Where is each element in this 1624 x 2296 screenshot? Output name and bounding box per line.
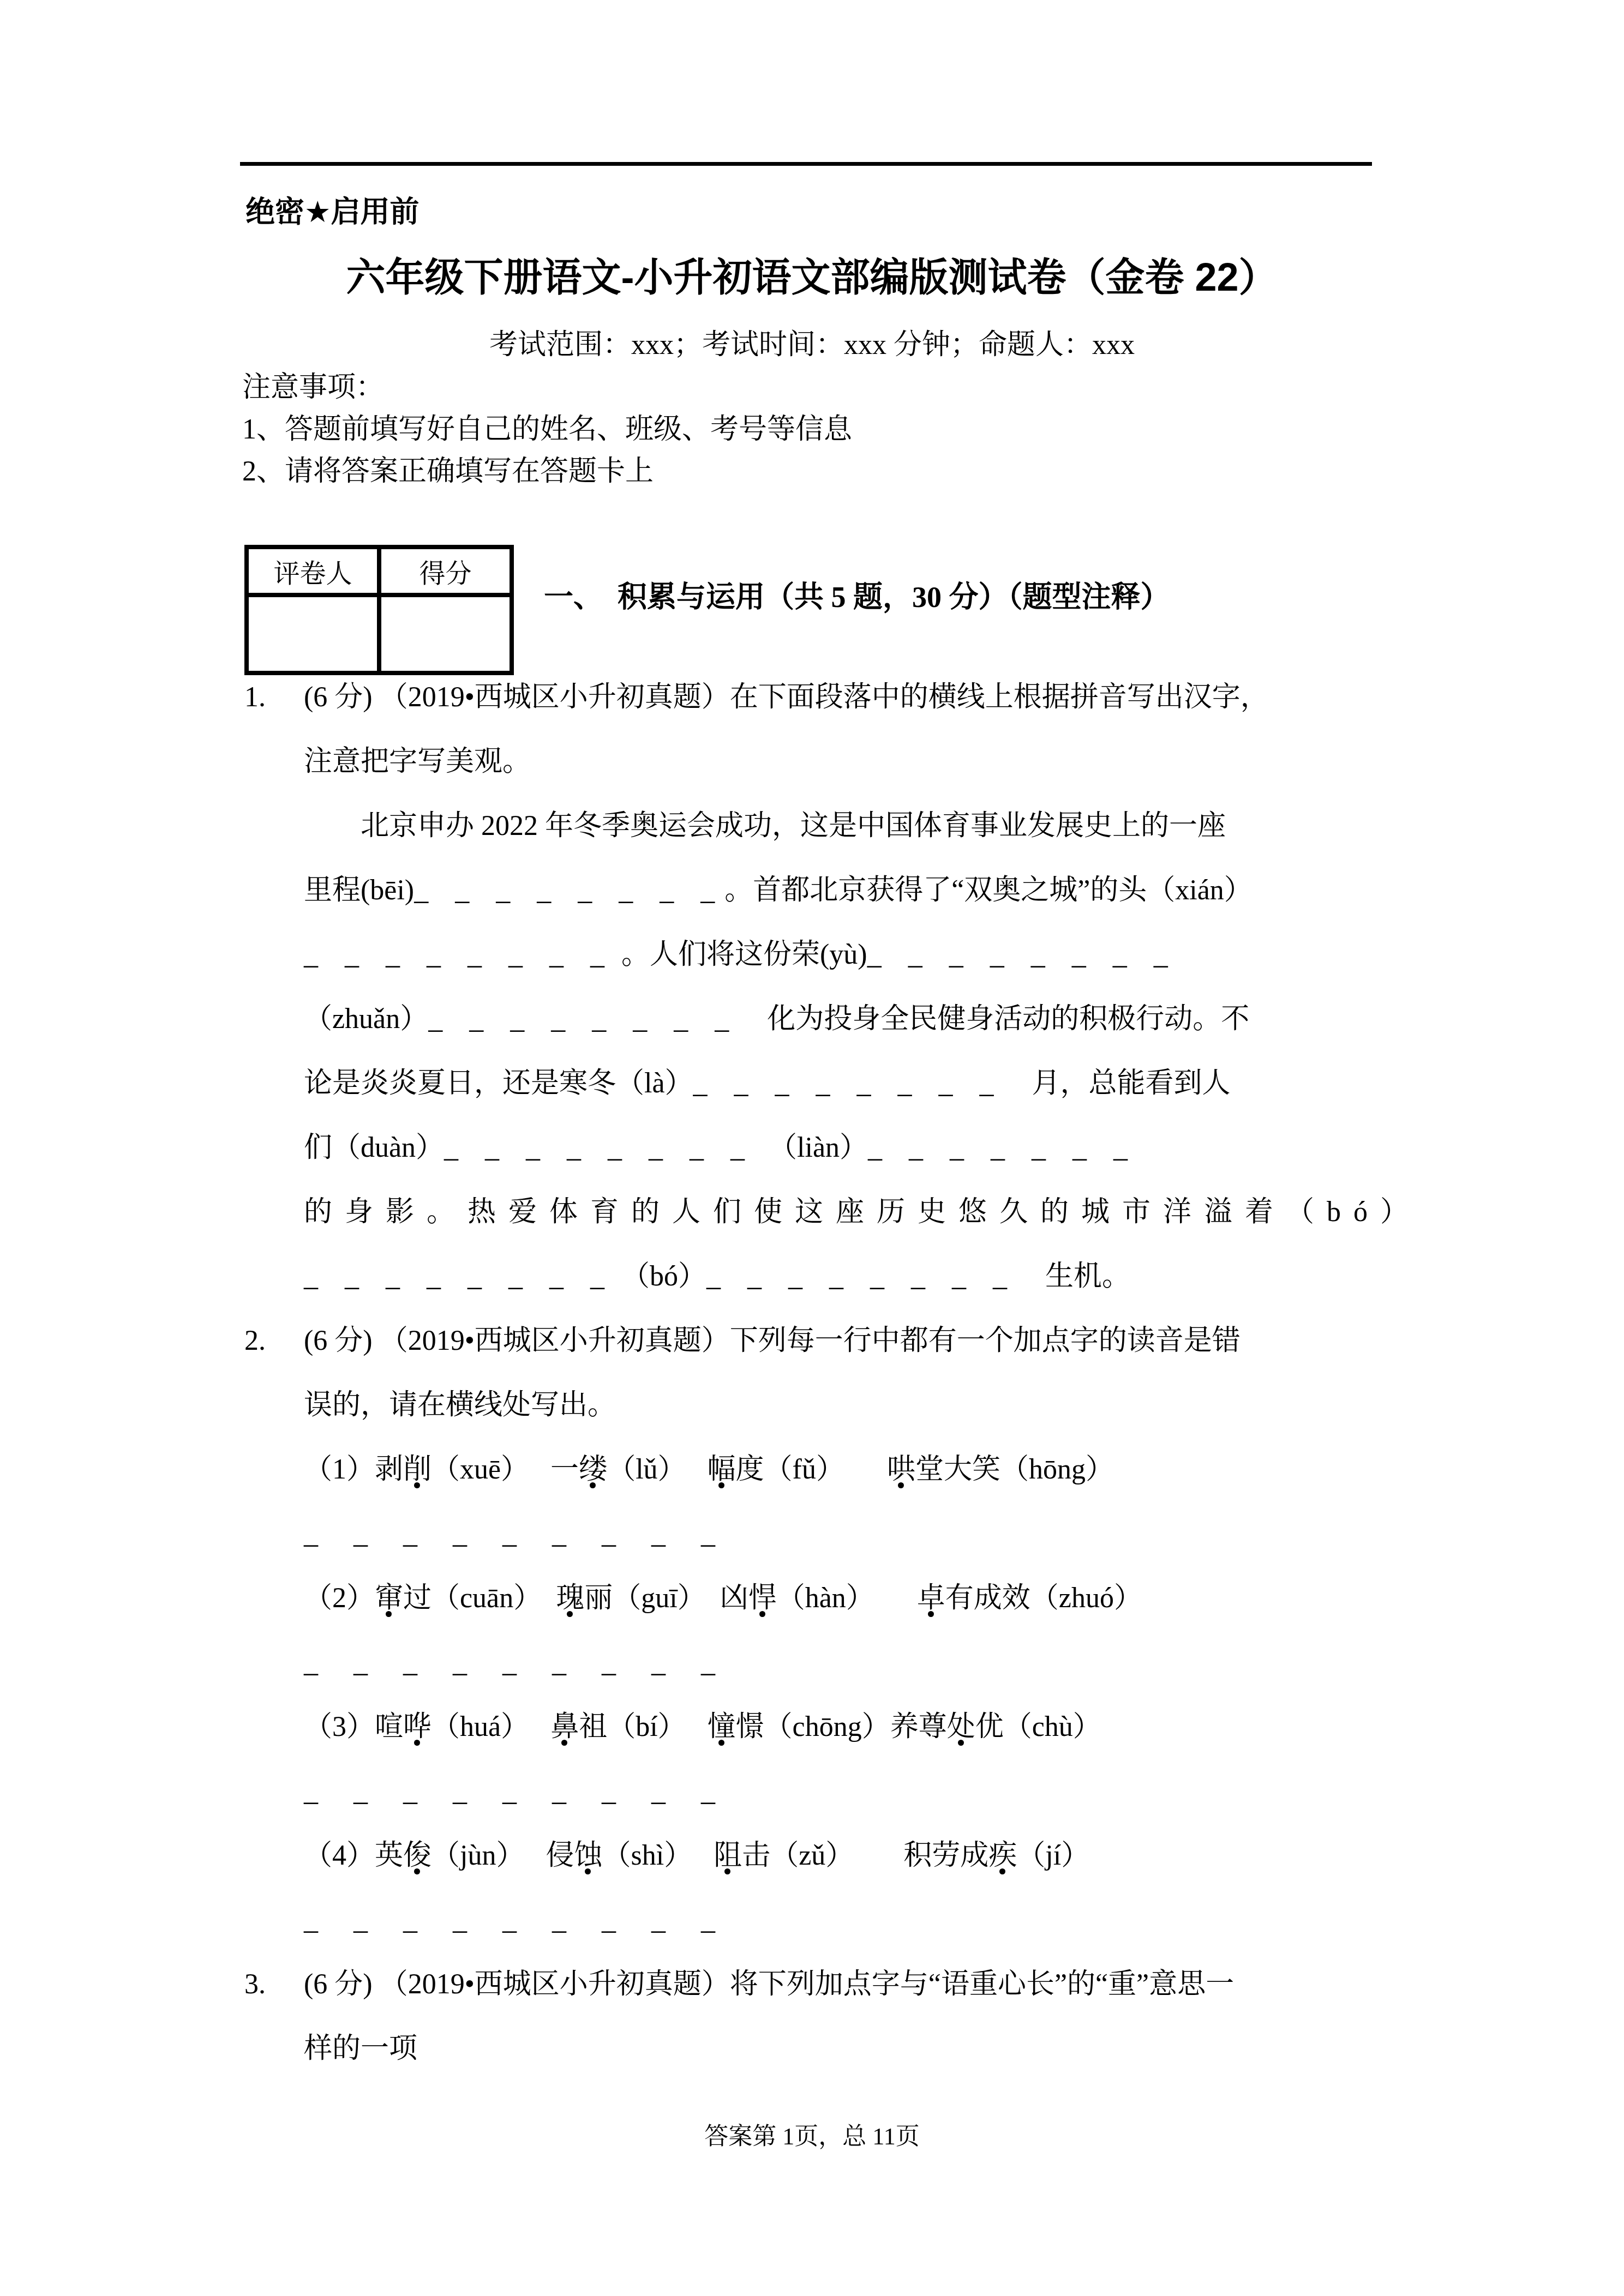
blank-underline: _ _ _ _ _ _ _ _ _ [304, 1904, 729, 1936]
note-item-2: 2、请将答案正确填写在答题卡上 [242, 456, 654, 487]
text-line: 们（duàn）_ _ _ _ _ _ _ _ （liàn）_ _ _ _ _ _… [304, 1116, 1389, 1180]
text-segment: 优（chù） [975, 1711, 1101, 1742]
text-line: 样的一项 [304, 2017, 1389, 2081]
text-segment: （jùn） 侵 [432, 1840, 574, 1871]
blank-underline: _ _ _ _ _ _ _ _ _ [304, 1518, 729, 1549]
text-segment: 憬（chōng）养尊 [736, 1711, 947, 1742]
text-line: 北京申办 2022 年冬季奥运会成功，这是中国体育事业发展史上的一座 [304, 794, 1389, 858]
text-segment: 的身影。热爱体育的人们使这座历史悠久的城市洋溢着（bó） [304, 1197, 1421, 1228]
dotted-char: 疾 [988, 1840, 1017, 1871]
text-segment: （shì） [603, 1840, 714, 1871]
dotted-char: 阻 [714, 1840, 742, 1871]
question-1-block: (6 分) （2019•西城区小升初真题）在下面段落中的横线上根据拼音写出汉字，… [304, 665, 1389, 1309]
blank-underline: _ _ _ _ _ _ _ _ [693, 1068, 1004, 1099]
text-segment: 丽（guī） 凶 [584, 1583, 748, 1614]
text-segment: (6 分) （2019•西城区小升初真题）将下列加点字与“语重心长”的“重”意思… [304, 1969, 1234, 2000]
text-segment: 注意把字写美观。 [304, 746, 531, 777]
text-segment: (6 分) （2019•西城区小升初真题）下列每一行中都有一个加点字的读音是错 [304, 1325, 1241, 1356]
text-line: （2）窜过（cuān） 瑰丽（guī） 凶悍（hàn） 卓有成效（zhuó） [304, 1566, 1389, 1631]
text-segment: 样的一项 [304, 2033, 417, 2064]
dotted-char: 憧 [708, 1711, 736, 1742]
text-segment: 度（fǔ） [736, 1454, 887, 1485]
text-segment: （jí） [1017, 1840, 1089, 1871]
dotted-char: 卓 [917, 1583, 945, 1614]
text-segment: 击（zǔ） 积劳成 [742, 1840, 988, 1871]
text-line: （3）喧哗（huá） 鼻祖（bí） 憧憬（chōng）养尊处优（chù） [304, 1695, 1389, 1759]
notes-heading: 注意事项： [242, 372, 384, 403]
blank-underline: _ _ _ _ _ _ _ _ [444, 1132, 754, 1163]
text-line: _ _ _ _ _ _ _ _ _ [304, 1888, 1389, 1952]
blank-underline: _ _ _ _ _ _ _ [868, 1132, 1137, 1163]
text-segment: 堂大笑（hōng） [915, 1454, 1114, 1485]
text-line: _ _ _ _ _ _ _ _ _ [304, 1502, 1389, 1566]
question-2-number: 2. [244, 1309, 266, 1373]
blank-underline: _ _ _ _ _ _ _ _ _ [304, 1776, 729, 1807]
question-3-block: (6 分) （2019•西城区小升初真题）将下列加点字与“语重心长”的“重”意思… [304, 1952, 1389, 2081]
exam-meta: 考试范围：xxx；考试时间：xxx 分钟；命题人：xxx [0, 329, 1624, 360]
text-line: 注意把字写美观。 [304, 730, 1389, 794]
exam-title: 六年级下册语文-小升初语文部编版测试卷（金卷 22） [0, 256, 1624, 299]
text-line: 论是炎炎夏日，还是寒冬（là）_ _ _ _ _ _ _ _ 月，总能看到人 [304, 1051, 1389, 1116]
text-segment: （4）英 [304, 1840, 403, 1871]
text-segment: （bó） [614, 1261, 706, 1292]
blank-underline: _ _ _ _ _ _ _ _ [706, 1261, 1017, 1292]
text-segment: 化为投身全民健身活动的积极行动。不 [739, 1003, 1249, 1035]
dotted-char: 悍 [748, 1583, 777, 1614]
classification-label: 绝密★启用前 [245, 197, 419, 227]
exam-page: 绝密★启用前 六年级下册语文-小升初语文部编版测试卷（金卷 22） 考试范围：x… [0, 0, 1624, 2296]
dotted-char: 幅 [708, 1454, 736, 1485]
text-segment: 北京申办 2022 年冬季奥运会成功，这是中国体育事业发展史上的一座 [361, 810, 1226, 842]
text-segment: （liàn） [754, 1132, 868, 1163]
blank-underline: _ _ _ _ _ _ _ _ _ [304, 1647, 729, 1678]
text-segment: 。首都北京获得了“双奥之城”的头（xián） [724, 875, 1253, 906]
text-segment: 误的，请在横线处写出。 [304, 1390, 616, 1421]
top-rule [240, 162, 1372, 166]
text-segment: 们（duàn） [304, 1132, 444, 1163]
text-line: _ _ _ _ _ _ _ _ _ [304, 1631, 1389, 1695]
grader-reviewer-cell [247, 595, 379, 673]
dotted-char: 削 [403, 1454, 432, 1485]
blank-underline: _ _ _ _ _ _ _ _ [428, 1003, 739, 1035]
dotted-char: 窜 [375, 1583, 403, 1614]
text-segment: 祖（bí） [579, 1711, 707, 1742]
text-line: _ _ _ _ _ _ _ _ _ [304, 1759, 1389, 1824]
page-footer: 答案第 1页，总 11页 [0, 2124, 1624, 2150]
grader-header-reviewer: 评卷人 [247, 547, 379, 595]
text-segment: 有成效（zhuó） [945, 1583, 1142, 1614]
text-line: 里程(bēi)_ _ _ _ _ _ _ _。首都北京获得了“双奥之城”的头（x… [304, 858, 1389, 923]
dotted-char: 蚀 [574, 1840, 602, 1871]
dotted-char: 俊 [403, 1840, 432, 1871]
question-2-block: (6 分) （2019•西城区小升初真题）下列每一行中都有一个加点字的读音是错误… [304, 1309, 1389, 1952]
text-segment: 过（cuān） [403, 1583, 556, 1614]
text-line: _ _ _ _ _ _ _ _ 。人们将这份荣(yù)_ _ _ _ _ _ _… [304, 923, 1389, 987]
text-segment: 论是炎炎夏日，还是寒冬（là） [304, 1068, 693, 1099]
dotted-char: 处 [947, 1711, 975, 1742]
dotted-char: 鼻 [550, 1711, 579, 1742]
blank-underline: _ _ _ _ _ _ _ _ [304, 1261, 614, 1292]
text-segment: （hàn） [777, 1583, 917, 1614]
note-item-1: 1、答题前填写好自己的姓名、班级、考号等信息 [242, 414, 852, 445]
dotted-char: 缕 [579, 1454, 607, 1485]
grader-header-score: 得分 [379, 547, 512, 595]
text-line: (6 分) （2019•西城区小升初真题）下列每一行中都有一个加点字的读音是错 [304, 1309, 1389, 1373]
text-line: (6 分) （2019•西城区小升初真题）将下列加点字与“语重心长”的“重”意思… [304, 1952, 1389, 2017]
text-segment: 。人们将这份荣(yù) [614, 939, 867, 970]
dotted-char: 瑰 [556, 1583, 584, 1614]
text-line: _ _ _ _ _ _ _ _ （bó）_ _ _ _ _ _ _ _ 生机。 [304, 1245, 1389, 1309]
blank-underline: _ _ _ _ _ _ _ _ [414, 875, 724, 906]
grader-score-cell [379, 595, 512, 673]
text-line: (6 分) （2019•西城区小升初真题）在下面段落中的横线上根据拼音写出汉字， [304, 665, 1389, 730]
text-line: 误的，请在横线处写出。 [304, 1373, 1389, 1438]
section-heading: 一、 积累与运用（共 5 题，30 分）（题型注释） [544, 580, 1170, 614]
question-3-number: 3. [244, 1952, 266, 2017]
text-segment: (6 分) （2019•西城区小升初真题）在下面段落中的横线上根据拼音写出汉字， [304, 682, 1269, 713]
question-1-number: 1. [244, 665, 266, 730]
text-segment: 月，总能看到人 [1004, 1068, 1231, 1099]
text-line: （4）英俊（jùn） 侵蚀（shì） 阻击（zǔ） 积劳成疾（jí） [304, 1824, 1389, 1888]
blank-underline: _ _ _ _ _ _ _ _ [304, 939, 614, 970]
text-segment: （3）喧 [304, 1711, 403, 1742]
dotted-char: 哗 [403, 1711, 432, 1742]
text-segment: 生机。 [1017, 1261, 1130, 1292]
text-line: （zhuǎn）_ _ _ _ _ _ _ _ 化为投身全民健身活动的积极行动。不 [304, 987, 1389, 1051]
grader-table: 评卷人 得分 [244, 545, 514, 675]
text-segment: （zhuǎn） [304, 1003, 428, 1035]
text-segment: （2） [304, 1583, 375, 1614]
blank-underline: _ _ _ _ _ _ _ _ [867, 939, 1178, 970]
text-segment: （xuē） 一 [432, 1454, 579, 1485]
text-line: 的身影。热爱体育的人们使这座历史悠久的城市洋溢着（bó） [304, 1180, 1389, 1245]
text-segment: （huá） [432, 1711, 550, 1742]
text-segment: （lǔ） [607, 1454, 707, 1485]
text-segment: 里程(bēi) [304, 875, 414, 906]
dotted-char: 哄 [887, 1454, 915, 1485]
text-line: （1）剥削（xuē） 一缕（lǔ） 幅度（fǔ） 哄堂大笑（hōng） [304, 1438, 1389, 1502]
text-segment: （1）剥 [304, 1454, 403, 1485]
